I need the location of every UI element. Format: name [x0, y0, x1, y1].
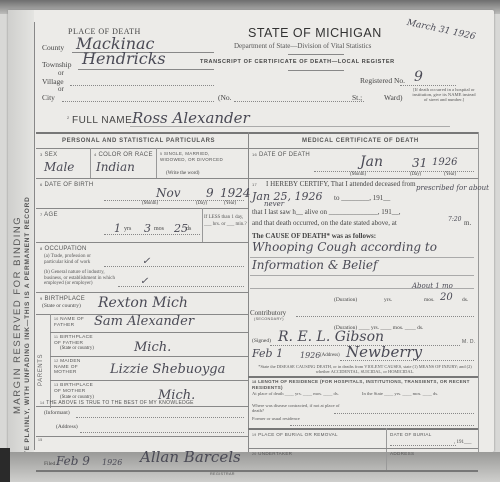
field-number: 14	[40, 401, 45, 405]
st-label: St.;	[352, 93, 362, 102]
no-label: (No.	[218, 93, 232, 102]
field-number: 17	[252, 182, 257, 187]
field-number: 8	[40, 246, 43, 251]
margin-reserved-text: MARGIN RESERVED FOR BINDING	[12, 216, 23, 414]
city-label: City	[42, 93, 55, 102]
father-name-label: 10 NAME OF FATHER	[54, 317, 90, 328]
dod-year: 1926	[432, 157, 457, 168]
less-than-label: If LESS than 1 day, ___ hrs. or ___ min.…	[204, 214, 248, 228]
title-divider	[288, 54, 344, 55]
duration-mos: mos.	[424, 297, 435, 303]
row-rule	[248, 376, 478, 378]
burial-year: , 191___	[454, 440, 472, 445]
year-caption: (Year)	[444, 172, 456, 177]
year-caption: (Year)	[224, 201, 236, 206]
birthplace-value: Rexton Mich	[98, 295, 188, 311]
residence-label-text: LENGTH OF RESIDENCE (FOR HOSPITALS, INST…	[252, 379, 470, 390]
month-caption: (Month)	[142, 201, 158, 206]
transcript-heading: TRANSCRIPT OF CERTIFICATE OF DEATH—LOCAL…	[200, 59, 395, 65]
date-annotation: March 31 1926	[406, 18, 476, 42]
row-rule	[248, 448, 478, 449]
burial-date-label: DATE OF BURIAL	[390, 432, 432, 437]
undertaker-label-text: UNDERTAKER	[258, 451, 292, 456]
city-line	[62, 101, 214, 102]
true-statement-text: THE ABOVE IS TRUE TO THE BEST OF MY KNOW…	[46, 400, 194, 406]
dob-line	[104, 200, 244, 201]
secondary-label: (SECONDARY)	[254, 317, 284, 321]
month-caption: (Month)	[350, 172, 366, 177]
field-number: 16	[252, 152, 257, 157]
parents-divider	[50, 314, 51, 408]
registrar-label: REGISTRAR	[210, 472, 235, 476]
county-label: County	[42, 43, 64, 52]
hospital-note: [If death occurred in a hospital or inst…	[412, 87, 476, 103]
field-number: 7	[40, 212, 43, 217]
sex-value: Male	[44, 160, 74, 174]
filed-date: Feb 9	[56, 454, 90, 468]
form-title: STATE OF MICHIGAN	[248, 26, 382, 40]
divider	[386, 428, 387, 470]
full-name-line	[130, 126, 450, 127]
age-label: 7 AGE	[40, 212, 58, 218]
yrs-caption: yrs	[124, 226, 131, 232]
margin-instruction-text: WRITE PLAINLY, WITH UNFADING INK—THIS IS…	[24, 196, 31, 470]
divider	[90, 148, 91, 178]
color-value: Indian	[96, 160, 135, 174]
filed-year: 1926	[102, 458, 122, 467]
informant-address-line	[80, 432, 244, 433]
ward-label: Ward)	[384, 93, 403, 102]
dod-day: 31	[412, 156, 427, 170]
personal-section-title: PERSONAL AND STATISTICAL PARTICULARS	[62, 138, 215, 144]
never-note: never	[264, 200, 284, 208]
attended-to: to ________, 191__	[334, 194, 390, 202]
mother-birthplace-label: 13 BIRTHPLACE OF MOTHER	[54, 383, 98, 394]
dod-label: 16 DATE OF DEATH	[252, 152, 310, 158]
row-rule	[36, 436, 248, 437]
dob-label: 6 DATE OF BIRTH	[40, 182, 94, 188]
field-number: 2	[67, 115, 70, 120]
signed-date: Feb 1	[252, 347, 283, 360]
certify-text: I HEREBY CERTIFY, That I attended deceas…	[266, 180, 416, 188]
row-rule	[36, 406, 248, 407]
row-rule	[50, 356, 248, 357]
address-label: (Address)	[320, 353, 340, 358]
full-name-label: FULL NAME	[72, 115, 132, 126]
burial-label-text: PLACE OF BURIAL OR REMOVAL	[258, 432, 338, 437]
row-rule	[36, 242, 248, 243]
field-number: 10	[54, 317, 59, 321]
informant-address-label: (Address)	[56, 424, 78, 430]
father-birthplace-label: 11 BIRTHPLACE OF FATHER	[54, 335, 98, 346]
medical-section-title: MEDICAL CERTIFICATE OF DEATH	[302, 138, 419, 144]
undertaker-label: 20 UNDERTAKER	[252, 451, 292, 456]
dod-label-text: DATE OF DEATH	[259, 152, 310, 158]
color-label: 4 COLOR OR RACE	[94, 152, 153, 158]
field-number: 15	[38, 438, 43, 442]
burial-label: 19 PLACE OF BURIAL OR REMOVAL	[252, 432, 338, 437]
field-number: 4	[94, 152, 97, 157]
marital-note: (Write the word)	[166, 171, 199, 176]
father-birthplace-sub: (State or country)	[60, 346, 94, 351]
field-number: 9	[40, 296, 43, 301]
father-birthplace-value: Mich.	[134, 340, 171, 355]
duration-ds: ds.	[462, 297, 468, 303]
mother-name-value: Lizzie Shebuoyga	[110, 362, 225, 377]
occupation-a-label: (a) Trade, profession or particular kind…	[44, 254, 106, 265]
contributory-line	[296, 316, 474, 317]
field-number: 13	[54, 383, 59, 387]
dob-year: 1924	[220, 186, 251, 200]
former-residence-line	[290, 425, 474, 426]
contracted-line	[334, 413, 474, 414]
informant-label: (Informant)	[44, 410, 70, 416]
mother-name-label: 12 MAIDEN NAME OF MOTHER	[54, 359, 94, 376]
sex-label-text: SEX	[45, 152, 58, 158]
duration-yrs: yrs.	[384, 297, 392, 303]
form-bottom-rule	[36, 470, 478, 472]
address-value: Newberry	[346, 343, 422, 361]
former-residence-label: Former or usual residence	[252, 416, 312, 421]
parents-label: PARENTS	[38, 354, 44, 386]
township-label: Township	[42, 60, 71, 69]
row-rule	[36, 292, 248, 293]
street-no-line	[234, 101, 364, 102]
day-caption: (Day)	[196, 201, 207, 206]
township-line	[78, 69, 214, 70]
marital-label-text: SINGLE, MARRIED, WIDOWED, OR DIVORCED	[160, 151, 223, 162]
footnote: *State the DISEASE CAUSING DEATH, or in …	[256, 364, 474, 374]
cause-label: The CAUSE OF DEATH* was as follows:	[252, 232, 376, 240]
field-number: 18	[252, 380, 257, 384]
mos-caption: mos	[154, 226, 164, 232]
father-birthplace-label-text: BIRTHPLACE OF FATHER	[54, 335, 93, 346]
true-statement: 14 THE ABOVE IS TRUE TO THE BEST OF MY K…	[40, 400, 194, 406]
field-number: 12	[54, 359, 59, 363]
duration-label: (Duration)	[334, 297, 357, 303]
field-number: 3	[40, 152, 43, 157]
birthplace-label-text: BIRTHPLACE	[45, 296, 86, 302]
signed-year: 1926	[300, 351, 320, 360]
address-line	[340, 360, 474, 361]
age-line	[104, 234, 200, 235]
field-number: 5	[160, 152, 162, 156]
father-name-label-text: NAME OF FATHER	[54, 317, 84, 328]
ds-caption: ds	[186, 226, 191, 232]
divider	[202, 208, 203, 242]
birthplace-label: 9 BIRTHPLACE	[40, 296, 85, 302]
duration-note: About 1 mo	[412, 282, 453, 290]
registered-no-line	[400, 85, 456, 86]
father-name-value: Sam Alexander	[94, 314, 194, 329]
marital-label: 5 SINGLE, MARRIED, WIDOWED, OR DIVORCED	[160, 151, 230, 162]
occupation-label: 8 OCCUPATION	[40, 246, 87, 252]
dob-label-text: DATE OF BIRTH	[45, 182, 94, 188]
row-rule	[50, 380, 248, 381]
dob-day: 9	[206, 186, 214, 200]
section-header-rule	[36, 148, 478, 149]
dod-month: Jan	[360, 154, 383, 170]
informant-line	[76, 417, 244, 418]
in-state-label: In the State ____ yrs. ____ mos. ____ ds…	[362, 391, 472, 396]
field-number: 19	[252, 433, 257, 437]
village-line	[70, 85, 214, 86]
undertaker-address-label: ADDRESS	[390, 451, 414, 456]
row-rule	[36, 208, 248, 209]
registered-no-value: 9	[414, 69, 423, 85]
occurred-text: and that death occurred, on the date sta…	[252, 219, 397, 227]
field-number: 20	[252, 452, 257, 456]
burial-date-line	[390, 445, 456, 446]
occupation-label-text: OCCUPATION	[45, 246, 87, 252]
row-rule	[50, 332, 248, 333]
divider	[156, 148, 157, 178]
field-number: 6	[40, 182, 43, 187]
occupation-b-label: (b) General nature of industry, business…	[44, 270, 124, 287]
mother-birthplace-label-text: BIRTHPLACE OF MOTHER	[54, 383, 93, 394]
attended-note: prescribed for about	[416, 184, 489, 192]
row-rule	[248, 428, 478, 430]
full-name-value: Ross Alexander	[132, 109, 250, 127]
residence-label: 18 LENGTH OF RESIDENCE (FOR HOSPITALS, I…	[252, 379, 474, 391]
occupation-b-line	[118, 286, 244, 287]
registered-no-label: Registered No.	[360, 76, 405, 85]
scan-corner	[0, 448, 10, 482]
contracted-label: Where was disease contracted, if not at …	[252, 403, 352, 414]
signed-label: (Signed)	[252, 338, 271, 344]
cause-line	[250, 275, 474, 276]
dob-month: Nov	[156, 186, 181, 200]
row-rule	[248, 178, 478, 179]
department-subtitle: Department of State—Division of Vital St…	[234, 42, 371, 50]
md-label: M. D.	[462, 339, 475, 345]
form-left-border	[34, 22, 35, 450]
sex-label: 3 SEX	[40, 152, 57, 158]
section-top-rule	[36, 132, 478, 134]
cause-line-2: Information & Belief	[252, 258, 377, 272]
transcript-divider	[288, 70, 344, 71]
birthplace-sub: (State or country)	[42, 303, 81, 309]
field-number: 11	[54, 335, 58, 339]
center-divider	[248, 132, 249, 452]
certificate-form: PLACE OF DEATH County Mackinac Township …	[34, 14, 490, 450]
row-rule	[36, 178, 248, 179]
time-value: 7:20	[448, 216, 461, 223]
time-suffix: m.	[464, 219, 471, 227]
last-saw-text: that I last saw h__ alive on ___________…	[252, 208, 401, 216]
or-text: or	[58, 85, 64, 93]
occupation-a-line	[104, 266, 244, 267]
age-label-text: AGE	[44, 212, 58, 218]
at-place-label: At place of death ____ yrs. ____ mos. __…	[252, 391, 352, 396]
right-border	[478, 132, 479, 452]
color-label-text: COLOR OR RACE	[99, 152, 153, 158]
filed-label: Filed	[44, 461, 55, 467]
registrar-signature: Allan Barcels	[140, 448, 241, 466]
attended-from: Jan 25, 1926	[252, 190, 323, 203]
duration-value: 20	[440, 292, 453, 303]
township-value: Hendricks	[82, 49, 166, 68]
day-caption: (Day)	[410, 172, 421, 177]
contributory-label: Contributory	[250, 309, 286, 317]
or-text: or	[58, 69, 64, 77]
cause-line-1: Whooping Cough according to	[252, 240, 437, 254]
